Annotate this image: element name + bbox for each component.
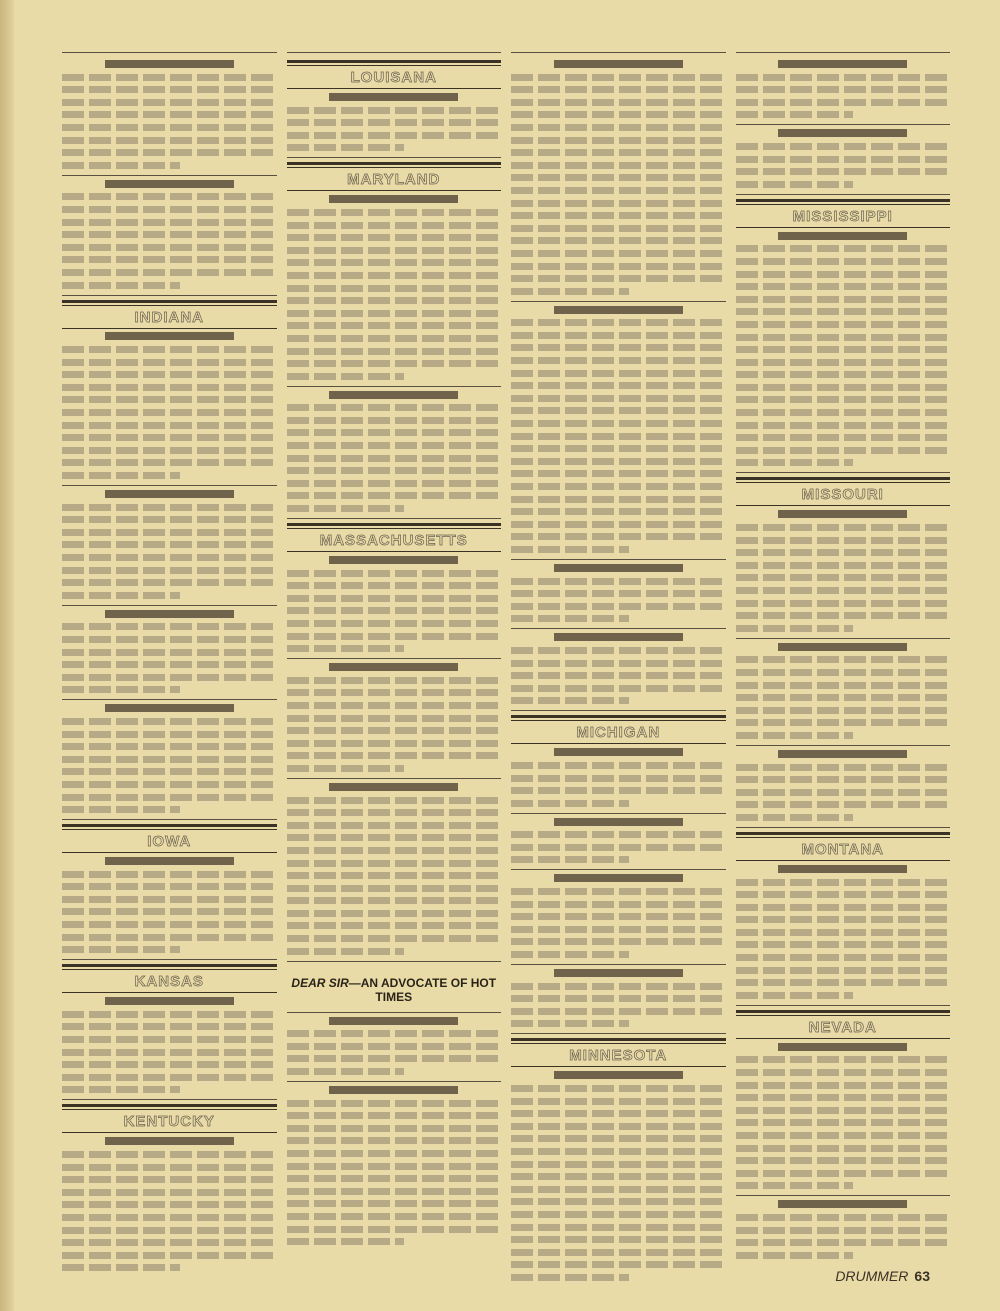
state-header: MARYLAND (287, 170, 502, 191)
ad-body-placeholder (736, 876, 951, 1002)
state-header: KENTUCKY (62, 1112, 277, 1133)
section-divider (62, 824, 277, 830)
classified-ad: ​ (736, 228, 951, 474)
classified-ad: ​ (511, 814, 726, 871)
classified-ad: ​ (511, 870, 726, 965)
classified-ad: ​ (511, 56, 726, 302)
ad-headline-placeholder: ​ (511, 872, 726, 885)
section-divider (736, 199, 951, 205)
ad-headline-placeholder: ​ (736, 58, 951, 71)
ad-body-placeholder (62, 1008, 277, 1096)
section-divider (287, 523, 502, 529)
state-header: LOUISANA (287, 68, 502, 89)
classified-ad: ​ (736, 861, 951, 1006)
classified-ad: ​ (736, 1196, 951, 1264)
ad-body-placeholder (736, 1211, 951, 1261)
ad-headline-placeholder: ​ (511, 631, 726, 644)
ad-headline-placeholder: ​ (62, 995, 277, 1008)
ad-headline-placeholder: ​ (62, 58, 277, 71)
ad-body-placeholder (736, 654, 951, 742)
ad-body-placeholder (62, 715, 277, 816)
section-divider (736, 1010, 951, 1016)
classified-ad: ​ (62, 329, 277, 487)
state-header: INDIANA (62, 308, 277, 329)
classified-ad: ​ (511, 965, 726, 1034)
state-header: MISSOURI (736, 485, 951, 506)
state-header: MINNESOTA (511, 1046, 726, 1067)
ad-headline-placeholder: ​ (511, 746, 726, 759)
publication-name: DRUMMER (835, 1268, 908, 1284)
ad-headline-placeholder: ​ (736, 748, 951, 761)
ad-headline-placeholder: ​ (62, 488, 277, 501)
section-divider (287, 60, 502, 66)
column-4: ​​MISSISSIPPI​MISSOURI​​​MONTANA​NEVADA​… (736, 52, 951, 1287)
ad-body-placeholder (511, 829, 726, 867)
ad-body-placeholder (511, 759, 726, 809)
ad-body-placeholder (511, 575, 726, 625)
classified-ad: ​ (62, 853, 277, 960)
state-header: KANSAS (62, 972, 277, 993)
ad-body-placeholder (62, 191, 277, 292)
classified-ad: ​ (511, 560, 726, 629)
ad-body-placeholder (736, 71, 951, 121)
classified-ad: ​ (736, 56, 951, 125)
ad-body-placeholder (287, 1028, 502, 1078)
section-divider (62, 1104, 277, 1110)
ad-body-placeholder (62, 501, 277, 602)
classified-ad: ​ (287, 1082, 502, 1251)
ad-headline-placeholder: ​ (736, 863, 951, 876)
classified-ad: ​ (287, 191, 502, 386)
ad-headline-placeholder: ​ (62, 702, 277, 715)
advocate-banner: DEAR SIR—AN ADVOCATE OF HOT TIMES (287, 962, 502, 1013)
classified-ad: ​ (287, 552, 502, 659)
classified-ad: ​ (736, 746, 951, 828)
ad-headline-placeholder: ​ (287, 554, 502, 567)
ad-headline-placeholder: ​ (287, 1084, 502, 1097)
ad-headline-placeholder: ​ (511, 304, 726, 317)
ad-body-placeholder (287, 402, 502, 515)
ad-body-placeholder (287, 794, 502, 958)
ad-headline-placeholder: ​ (736, 127, 951, 140)
ad-body-placeholder (287, 206, 502, 382)
classified-ad: ​ (287, 779, 502, 962)
classified-ad: ​ (287, 1013, 502, 1082)
ad-headline-placeholder: ​ (736, 508, 951, 521)
page-footer: DRUMMER63 (835, 1268, 930, 1284)
column-1: ​​INDIANA​​​​IOWA​KANSAS​KENTUCKY​ (62, 52, 277, 1287)
classified-ad: ​ (287, 89, 502, 158)
classified-ad: ​ (287, 387, 502, 519)
ad-body-placeholder (511, 885, 726, 961)
ad-body-placeholder (62, 1148, 277, 1274)
ad-headline-placeholder: ​ (62, 855, 277, 868)
column-top-rule (62, 52, 277, 53)
ad-headline-placeholder: ​ (511, 816, 726, 829)
classified-ad: ​ (736, 125, 951, 194)
classified-ad: ​ (511, 302, 726, 560)
classified-ad: ​ (511, 744, 726, 813)
ad-body-placeholder (287, 674, 502, 775)
classified-ad: ​ (62, 993, 277, 1100)
ad-body-placeholder (511, 71, 726, 298)
ad-headline-placeholder: ​ (287, 193, 502, 206)
ad-body-placeholder (511, 644, 726, 707)
section-divider (736, 832, 951, 838)
state-header: MISSISSIPPI (736, 207, 951, 228)
classified-ad: ​ (736, 506, 951, 638)
column-2: LOUISANA​MARYLAND​​MASSACHUSETTS​​​DEAR … (287, 52, 502, 1287)
ad-body-placeholder (736, 1054, 951, 1193)
ad-headline-placeholder: ​ (736, 641, 951, 654)
page-spine (0, 0, 14, 1311)
ad-body-placeholder (62, 868, 277, 956)
ad-body-placeholder (736, 761, 951, 824)
ad-headline-placeholder: ​ (62, 1135, 277, 1148)
classified-ad: ​ (736, 639, 951, 746)
section-divider (511, 715, 726, 721)
classifieds-page: ​​INDIANA​​​​IOWA​KANSAS​KENTUCKY​LOUISA… (62, 52, 950, 1287)
section-divider (62, 300, 277, 306)
ad-headline-placeholder: ​ (62, 608, 277, 621)
section-divider (511, 1038, 726, 1044)
classified-ad: ​ (62, 606, 277, 701)
ad-body-placeholder (62, 621, 277, 697)
classified-ad: ​ (736, 1039, 951, 1197)
ad-body-placeholder (62, 344, 277, 483)
ad-body-placeholder (287, 1097, 502, 1248)
column-3: ​​​​MICHIGAN​​​​MINNESOTA​ (511, 52, 726, 1287)
classified-ad: ​ (62, 486, 277, 606)
ad-headline-placeholder: ​ (511, 1069, 726, 1082)
ad-headline-placeholder: ​ (511, 562, 726, 575)
classified-ad: ​ (511, 1067, 726, 1287)
section-divider (287, 162, 502, 168)
ad-body-placeholder (287, 567, 502, 655)
ad-headline-placeholder: ​ (736, 1041, 951, 1054)
classified-ad: ​ (287, 659, 502, 779)
ad-headline-placeholder: ​ (736, 230, 951, 243)
ad-headline-placeholder: ​ (62, 331, 277, 344)
ad-body-placeholder (736, 243, 951, 470)
column-top-rule (736, 52, 951, 53)
state-header: MICHIGAN (511, 723, 726, 744)
state-header: MASSACHUSETTS (287, 531, 502, 552)
ad-headline-placeholder: ​ (287, 661, 502, 674)
ad-headline-placeholder: ​ (287, 91, 502, 104)
classified-ad: ​ (62, 1133, 277, 1277)
ad-headline-placeholder: ​ (287, 1015, 502, 1028)
ad-body-placeholder (287, 104, 502, 154)
classified-ad: ​ (62, 700, 277, 820)
ad-body-placeholder (511, 317, 726, 556)
state-header: NEVADA (736, 1018, 951, 1039)
ad-body-placeholder (62, 71, 277, 172)
ad-headline-placeholder: ​ (287, 781, 502, 794)
ad-headline-placeholder: ​ (62, 178, 277, 191)
state-header: MONTANA (736, 840, 951, 861)
section-divider (62, 964, 277, 970)
ad-body-placeholder (511, 980, 726, 1030)
ad-body-placeholder (736, 140, 951, 190)
ad-headline-placeholder: ​ (736, 1198, 951, 1211)
ad-body-placeholder (736, 521, 951, 634)
ad-body-placeholder (511, 1082, 726, 1284)
state-header: IOWA (62, 832, 277, 853)
section-divider (736, 477, 951, 483)
column-top-rule (287, 52, 502, 53)
classified-ad: ​ (62, 176, 277, 296)
ad-headline-placeholder: ​ (287, 389, 502, 402)
classified-ad: ​ (511, 629, 726, 711)
page-number: 63 (914, 1268, 930, 1284)
ad-headline-placeholder: ​ (511, 967, 726, 980)
classified-ad: ​ (62, 56, 277, 176)
ad-headline-placeholder: ​ (511, 58, 726, 71)
column-top-rule (511, 52, 726, 53)
